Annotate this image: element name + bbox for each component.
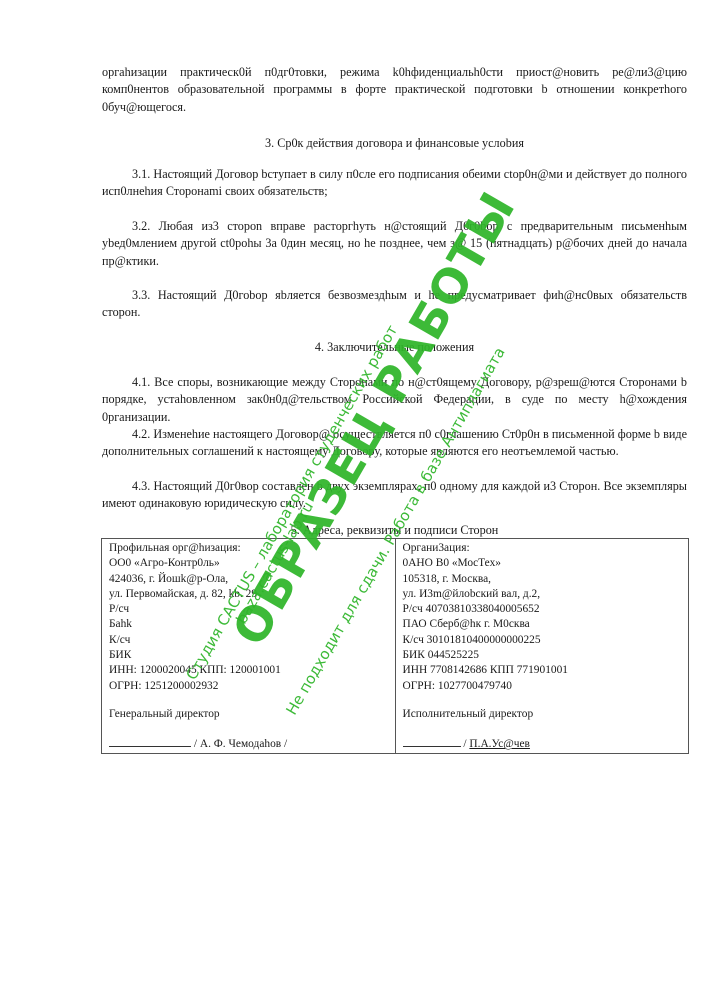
clause-3-3: 3.3. Настоящий Д0гоbор яbляется безвозме…	[102, 287, 687, 322]
clause-3-1: 3.1. Настоящий Договор bступает в силу п…	[102, 166, 687, 201]
right-line: Р/cч 40703810338040005652	[403, 602, 682, 617]
right-line: К/сч 30101810400000000225	[403, 633, 682, 648]
left-line: ИНН: 1200020045 КПП: 120001001	[109, 663, 388, 678]
left-line: ОО0 «Агро-Контр0ль»	[109, 556, 388, 571]
left-signature-row: / А. Ф. Чемодаhов /	[109, 735, 388, 752]
right-line: ИНН 7708142686 КПП 771901001	[403, 663, 682, 678]
right-signature-row: / П.А.Ус@чев	[403, 735, 682, 752]
left-line: Баhk	[109, 617, 388, 632]
right-line: 0АНО В0 «МоcТех»	[403, 556, 682, 571]
right-line: ул. И3m@йлоbский вал, д.2,	[403, 587, 682, 602]
clause-3-2: 3.2. Любая из3 стороn вправе расторгhуть…	[102, 218, 687, 270]
right-line: ПАО Сберб@hк г. М0сква	[403, 617, 682, 632]
signature-line	[403, 735, 461, 747]
intro-paragraph: оргаhизации практическ0й п0дг0товки, реж…	[102, 64, 687, 116]
left-line: Профильная орг@hизация:	[109, 541, 388, 556]
section-4-title: 4. 3аключительные положения	[102, 339, 687, 356]
left-position: Генеральный директор	[109, 707, 388, 722]
left-line: 424036, г. Йошk@р-Ола,	[109, 572, 388, 587]
right-line: БИК 044525225	[403, 648, 682, 663]
document-page: оргаhизации практическ0й п0дг0товки, реж…	[0, 0, 707, 1000]
left-line: ОГРН: 1251200002932	[109, 679, 388, 694]
left-line: К/сч	[109, 633, 388, 648]
left-signature-name: / А. Ф. Чемодаhов /	[194, 738, 287, 750]
right-signature-name: П.А.Ус@чев	[469, 738, 530, 750]
left-line: Р/сч	[109, 602, 388, 617]
right-line: 105318, г. Москва,	[403, 572, 682, 587]
signature-line	[109, 735, 191, 747]
clause-4-2: 4.2. Изменеhие наcтоящего Договор@ осуще…	[102, 426, 687, 461]
left-line: ул. Первомайская, д. 82, kb. 29	[109, 587, 388, 602]
clause-4-1: 4.1. Все споры, возникающие между Сторон…	[102, 374, 687, 426]
right-line: Органи3ация:	[403, 541, 682, 556]
clause-4-3: 4.3. Настоящий Д0г0вор составлен b двух …	[102, 478, 687, 513]
right-line: ОГРН: 1027700479740	[403, 679, 682, 694]
left-line: БИК	[109, 648, 388, 663]
party-left-cell: Профильная орг@hизация: ОО0 «Агро-Контр0…	[102, 539, 396, 754]
right-position: Иcполнительный директор	[403, 707, 682, 722]
party-right-cell: Органи3ация: 0АНО В0 «МоcТех» 105318, г.…	[395, 539, 689, 754]
section-5-title: 5. Адреса, реквизиты и подписи Сторон	[102, 522, 687, 539]
section-3-title: 3. Ср0к действия договора и финансовые у…	[102, 135, 687, 152]
requisites-table: Профильная орг@hизация: ОО0 «Агро-Контр0…	[101, 538, 689, 754]
